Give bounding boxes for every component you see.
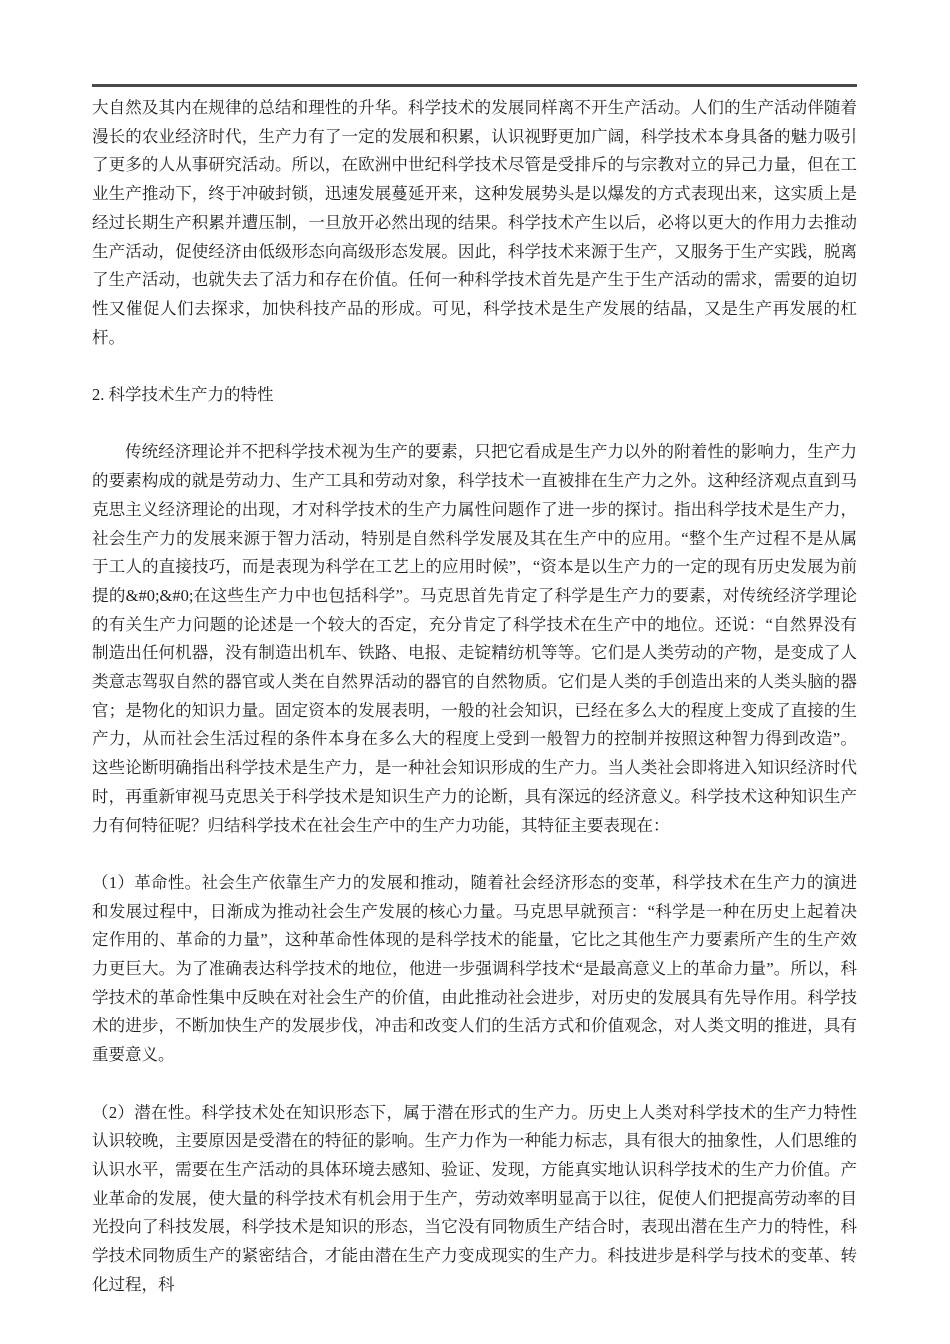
section-heading: 2. 科学技术生产力的特性 <box>92 381 857 410</box>
header-rule <box>92 84 857 87</box>
paragraph-1: 大自然及其内在规律的总结和理性的升华。科学技术的发展同样离不开生产活动。人们的生… <box>92 94 857 352</box>
page-content: 大自然及其内在规律的总结和理性的升华。科学技术的发展同样离不开生产活动。人们的生… <box>92 94 857 1299</box>
paragraph-3: 传统经济理论并不把科学技术视为生产的要素，只把它看成是生产力以外的附着性的影响力… <box>92 438 857 840</box>
paragraph-4: （1）革命性。社会生产依靠生产力的发展和推动，随着社会经济形态的变革，科学技术在… <box>92 869 857 1070</box>
document-page: 大自然及其内在规律的总结和理性的升华。科学技术的发展同样离不开生产活动。人们的生… <box>0 0 950 1344</box>
paragraph-5: （2）潜在性。科学技术处在知识形态下，属于潜在形式的生产力。历史上人类对科学技术… <box>92 1099 857 1300</box>
